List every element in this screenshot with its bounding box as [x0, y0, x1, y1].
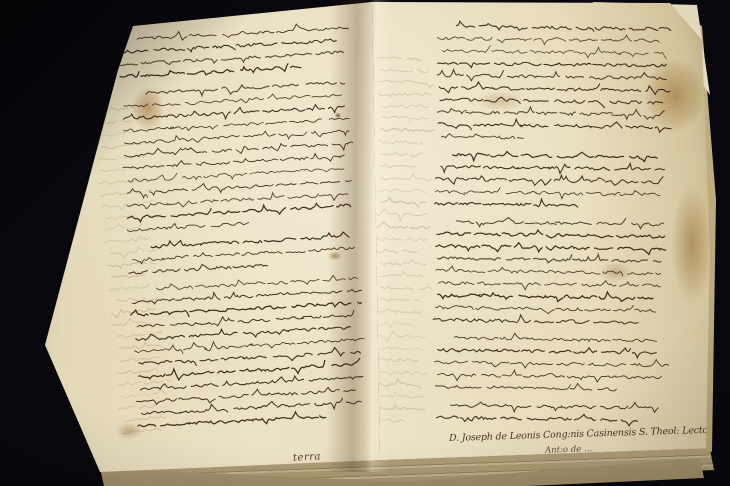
catchword: terra	[293, 451, 322, 463]
manuscript-photo: terra D. Joseph de Leonis Cong:nis Casin…	[0, 0, 730, 486]
